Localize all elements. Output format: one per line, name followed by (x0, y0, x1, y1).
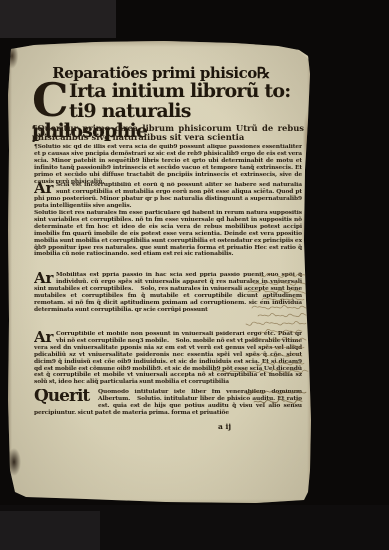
background-patch-top-left (0, 0, 116, 38)
incipit-line-1: Irta initium librorũ to: (69, 80, 290, 102)
paragraph-initial-word: Querit (34, 389, 98, 403)
handwritten-marginalia-lower (202, 388, 314, 410)
book-page: Reparatiões primi phisico℞ C Irta initiu… (6, 40, 314, 508)
background-patch-bottom-left (0, 511, 100, 550)
paragraph-initial: Ar (34, 331, 56, 344)
photograph-stage: Reparatiões primi phisico℞ C Irta initiu… (0, 0, 389, 550)
paragraph-initial: Ar (34, 272, 56, 285)
paragraph-solutio-2: Solutio licet res naturales fm esse part… (34, 210, 302, 272)
paragraph-initial: Ar (34, 182, 56, 195)
paragraph-solutio-1: ¶Solutio sic qd de illis est vera scia d… (34, 144, 302, 185)
signature-mark: a ij (218, 422, 231, 431)
handwritten-marginalia-main (202, 272, 314, 396)
page-corner-fold (288, 42, 312, 62)
question-paragraph: ¶Queritur primo circa librum phisicorum … (32, 124, 304, 143)
drop-cap-initial: C (32, 81, 69, 119)
paragraph-text: Scia est incorruptibiliũ et eorũ q̃ nõ p… (34, 182, 302, 209)
paragraph-argument-1: ArScia est incorruptibiliũ et eorũ q̃ nõ… (34, 182, 302, 210)
